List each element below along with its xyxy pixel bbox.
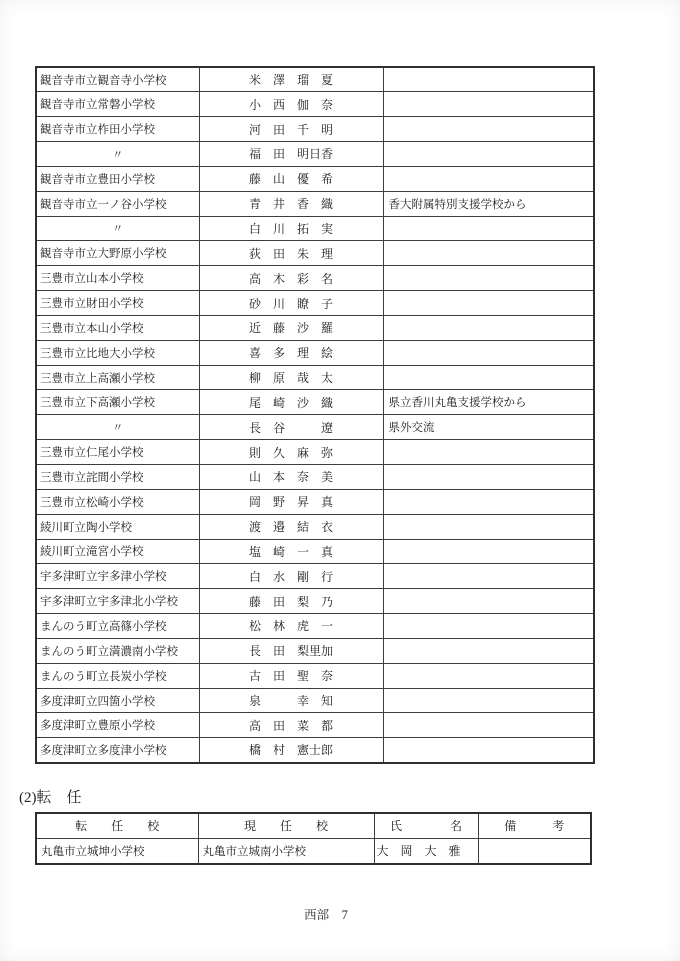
main-note-cell bbox=[383, 589, 594, 614]
main-note-cell bbox=[383, 291, 594, 316]
main-school-cell: 観音寺市立常磐小学校 bbox=[36, 92, 199, 117]
table-row: 観音寺市立大野原小学校荻 田 朱 理 bbox=[36, 241, 594, 266]
main-name-cell: 荻 田 朱 理 bbox=[199, 241, 383, 266]
main-school-cell: 綾川町立滝宮小学校 bbox=[36, 539, 199, 564]
table-row: 丸亀市立城坤小学校丸亀市立城南小学校大 岡 大 雅 bbox=[36, 838, 591, 864]
table-row: まんのう町立長炭小学校古 田 聖 奈 bbox=[36, 663, 594, 688]
main-note-cell bbox=[383, 216, 594, 241]
main-name-cell: 古 田 聖 奈 bbox=[199, 663, 383, 688]
main-name-cell: 高 木 彩 名 bbox=[199, 266, 383, 291]
transfer-new-school-cell: 丸亀市立城坤小学校 bbox=[36, 838, 198, 864]
main-school-cell: 観音寺市立大野原小学校 bbox=[36, 241, 199, 266]
main-note-cell bbox=[383, 713, 594, 738]
main-school-cell: 観音寺市立一ノ谷小学校 bbox=[36, 191, 199, 216]
main-school-cell: まんのう町立高篠小学校 bbox=[36, 614, 199, 639]
main-school-cell: 三豊市立財田小学校 bbox=[36, 291, 199, 316]
new-appointments-table: 観音寺市立観音寺小学校米 澤 瑠 夏観音寺市立常磐小学校小 西 伽 奈観音寺市立… bbox=[35, 66, 595, 764]
table-row: 綾川町立滝宮小学校塩 崎 一 真 bbox=[36, 539, 594, 564]
table-row: 綾川町立陶小学校渡 邉 結 衣 bbox=[36, 514, 594, 539]
main-school-cell: 三豊市立詫間小学校 bbox=[36, 465, 199, 490]
main-note-cell bbox=[383, 614, 594, 639]
main-school-cell: 綾川町立陶小学校 bbox=[36, 514, 199, 539]
table-row: 三豊市立松崎小学校岡 野 昇 真 bbox=[36, 489, 594, 514]
main-school-cell: 三豊市立本山小学校 bbox=[36, 315, 199, 340]
main-name-cell: 藤 山 優 希 bbox=[199, 166, 383, 191]
main-note-cell bbox=[383, 440, 594, 465]
main-school-cell: 三豊市立比地大小学校 bbox=[36, 340, 199, 365]
main-name-cell: 河 田 千 明 bbox=[199, 117, 383, 142]
main-note-cell: 県外交流 bbox=[383, 415, 594, 440]
main-name-cell: 岡 野 昇 真 bbox=[199, 489, 383, 514]
main-name-cell: 長 田 梨里加 bbox=[199, 638, 383, 663]
table-row: 多度津町立四箇小学校泉 幸 知 bbox=[36, 688, 594, 713]
main-note-cell bbox=[383, 663, 594, 688]
main-school-cell: 〃 bbox=[36, 216, 199, 241]
table-row: まんのう町立満濃南小学校長 田 梨里加 bbox=[36, 638, 594, 663]
table-row: 三豊市立詫間小学校山 本 奈 美 bbox=[36, 465, 594, 490]
main-name-cell: 尾 崎 沙 織 bbox=[199, 390, 383, 415]
main-school-cell: 宇多津町立宇多津北小学校 bbox=[36, 589, 199, 614]
main-school-cell: まんのう町立長炭小学校 bbox=[36, 663, 199, 688]
page-footer: 西部 7 bbox=[0, 905, 666, 923]
main-note-cell: 県立香川丸亀支援学校から bbox=[383, 390, 594, 415]
main-name-cell: 渡 邉 結 衣 bbox=[199, 514, 383, 539]
main-name-cell: 松 林 虎 一 bbox=[199, 614, 383, 639]
main-school-cell: 〃 bbox=[36, 415, 199, 440]
main-school-cell: 〃 bbox=[36, 142, 199, 167]
main-note-cell bbox=[383, 340, 594, 365]
table-row: 宇多津町立宇多津小学校白 水 剛 行 bbox=[36, 564, 594, 589]
main-note-cell bbox=[383, 166, 594, 191]
main-school-cell: 三豊市立松崎小学校 bbox=[36, 489, 199, 514]
transfer-header-cell: 転 任 校 bbox=[36, 813, 198, 838]
main-name-cell: 青 井 香 織 bbox=[199, 191, 383, 216]
table-row: 三豊市立本山小学校近 藤 沙 羅 bbox=[36, 315, 594, 340]
main-school-cell: 三豊市立下高瀬小学校 bbox=[36, 390, 199, 415]
main-name-cell: 山 本 奈 美 bbox=[199, 465, 383, 490]
transfer-header-row: 転 任 校現 任 校氏 名備 考 bbox=[36, 813, 591, 838]
main-name-cell: 福 田 明日香 bbox=[199, 142, 383, 167]
main-note-cell bbox=[383, 465, 594, 490]
main-note-cell bbox=[383, 67, 594, 92]
main-note-cell bbox=[383, 315, 594, 340]
main-school-cell: 三豊市立仁尾小学校 bbox=[36, 440, 199, 465]
main-name-cell: 喜 多 理 絵 bbox=[199, 340, 383, 365]
main-name-cell: 柳 原 哉 太 bbox=[199, 365, 383, 390]
main-note-cell bbox=[383, 117, 594, 142]
main-note-cell bbox=[383, 738, 594, 763]
transfer-header-cell: 現 任 校 bbox=[198, 813, 374, 838]
main-name-cell: 長 谷 遼 bbox=[199, 415, 383, 440]
transfer-header-cell: 氏 名 bbox=[374, 813, 478, 838]
table-row: 三豊市立上高瀬小学校柳 原 哉 太 bbox=[36, 365, 594, 390]
main-note-cell bbox=[383, 241, 594, 266]
main-name-cell: 橋 村 憲士郎 bbox=[199, 738, 383, 763]
main-school-cell: 観音寺市立柞田小学校 bbox=[36, 117, 199, 142]
main-note-cell bbox=[383, 92, 594, 117]
main-name-cell: 砂 川 瞭 子 bbox=[199, 291, 383, 316]
main-name-cell: 米 澤 瑠 夏 bbox=[199, 67, 383, 92]
transfer-note-cell bbox=[478, 838, 591, 864]
main-school-cell: 三豊市立山本小学校 bbox=[36, 266, 199, 291]
table-row: 三豊市立財田小学校砂 川 瞭 子 bbox=[36, 291, 594, 316]
table-row: 宇多津町立宇多津北小学校藤 田 梨 乃 bbox=[36, 589, 594, 614]
main-name-cell: 則 久 麻 弥 bbox=[199, 440, 383, 465]
table-row: 三豊市立比地大小学校喜 多 理 絵 bbox=[36, 340, 594, 365]
transfer-current-school-cell: 丸亀市立城南小学校 bbox=[198, 838, 374, 864]
main-school-cell: 多度津町立豊原小学校 bbox=[36, 713, 199, 738]
main-name-cell: 白 水 剛 行 bbox=[199, 564, 383, 589]
transfer-header-cell: 備 考 bbox=[478, 813, 591, 838]
table-row: 観音寺市立柞田小学校河 田 千 明 bbox=[36, 117, 594, 142]
main-note-cell bbox=[383, 365, 594, 390]
table-row: 〃白 川 拓 実 bbox=[36, 216, 594, 241]
main-name-cell: 近 藤 沙 羅 bbox=[199, 315, 383, 340]
main-school-cell: 観音寺市立観音寺小学校 bbox=[36, 67, 199, 92]
main-note-cell bbox=[383, 489, 594, 514]
table-row: 〃長 谷 遼県外交流 bbox=[36, 415, 594, 440]
main-name-cell: 白 川 拓 実 bbox=[199, 216, 383, 241]
main-name-cell: 藤 田 梨 乃 bbox=[199, 589, 383, 614]
table-row: 観音寺市立常磐小学校小 西 伽 奈 bbox=[36, 92, 594, 117]
table-row: 多度津町立多度津小学校橋 村 憲士郎 bbox=[36, 738, 594, 763]
main-name-cell: 泉 幸 知 bbox=[199, 688, 383, 713]
table-row: 観音寺市立観音寺小学校米 澤 瑠 夏 bbox=[36, 67, 594, 92]
main-note-cell bbox=[383, 564, 594, 589]
main-name-cell: 高 田 菜 都 bbox=[199, 713, 383, 738]
main-note-cell bbox=[383, 688, 594, 713]
main-note-cell bbox=[383, 142, 594, 167]
section-transfer-heading: (2)転 任 bbox=[19, 786, 82, 807]
main-note-cell bbox=[383, 266, 594, 291]
main-school-cell: 観音寺市立豊田小学校 bbox=[36, 166, 199, 191]
main-note-cell bbox=[383, 638, 594, 663]
main-school-cell: 三豊市立上高瀬小学校 bbox=[36, 365, 199, 390]
scanned-document-page: 観音寺市立観音寺小学校米 澤 瑠 夏観音寺市立常磐小学校小 西 伽 奈観音寺市立… bbox=[0, 0, 680, 961]
main-school-cell: 多度津町立多度津小学校 bbox=[36, 738, 199, 763]
main-name-cell: 塩 崎 一 真 bbox=[199, 539, 383, 564]
transfer-table: 転 任 校現 任 校氏 名備 考 丸亀市立城坤小学校丸亀市立城南小学校大 岡 大… bbox=[35, 812, 592, 865]
table-row: 三豊市立山本小学校高 木 彩 名 bbox=[36, 266, 594, 291]
table-row: まんのう町立高篠小学校松 林 虎 一 bbox=[36, 614, 594, 639]
transfer-table-body: 丸亀市立城坤小学校丸亀市立城南小学校大 岡 大 雅 bbox=[36, 838, 591, 864]
table-row: 〃福 田 明日香 bbox=[36, 142, 594, 167]
table-row: 観音寺市立一ノ谷小学校青 井 香 織香大附属特別支援学校から bbox=[36, 191, 594, 216]
main-note-cell: 香大附属特別支援学校から bbox=[383, 191, 594, 216]
main-note-cell bbox=[383, 539, 594, 564]
transfer-name-cell: 大 岡 大 雅 bbox=[374, 838, 478, 864]
main-table-body: 観音寺市立観音寺小学校米 澤 瑠 夏観音寺市立常磐小学校小 西 伽 奈観音寺市立… bbox=[36, 67, 594, 763]
table-row: 三豊市立下高瀬小学校尾 崎 沙 織県立香川丸亀支援学校から bbox=[36, 390, 594, 415]
main-school-cell: まんのう町立満濃南小学校 bbox=[36, 638, 199, 663]
table-row: 三豊市立仁尾小学校則 久 麻 弥 bbox=[36, 440, 594, 465]
main-note-cell bbox=[383, 514, 594, 539]
main-school-cell: 宇多津町立宇多津小学校 bbox=[36, 564, 199, 589]
table-row: 多度津町立豊原小学校高 田 菜 都 bbox=[36, 713, 594, 738]
main-name-cell: 小 西 伽 奈 bbox=[199, 92, 383, 117]
table-row: 観音寺市立豊田小学校藤 山 優 希 bbox=[36, 166, 594, 191]
main-school-cell: 多度津町立四箇小学校 bbox=[36, 688, 199, 713]
